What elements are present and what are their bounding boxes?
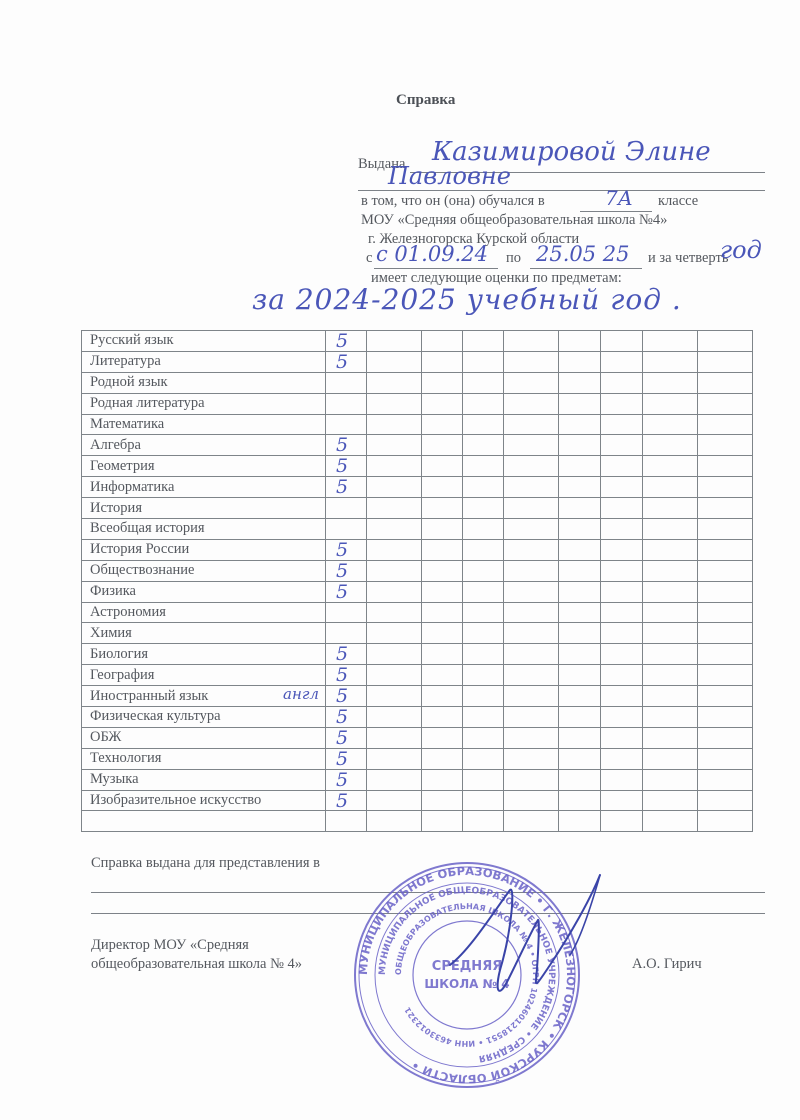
grade-cell: 5 (326, 456, 367, 477)
subject-name: Биология (82, 644, 326, 665)
empty-cell (601, 707, 643, 728)
empty-cell (463, 686, 504, 707)
subject-name: Информатика (82, 477, 326, 498)
empty-cell (559, 372, 601, 393)
empty-cell (698, 519, 753, 540)
empty-cell (367, 790, 422, 811)
director-name: А.О. Гирич (632, 956, 702, 973)
empty-cell (422, 707, 463, 728)
empty-cell (422, 560, 463, 581)
empty-cell (367, 519, 422, 540)
empty-cell (422, 331, 463, 352)
empty-cell (698, 539, 753, 560)
empty-cell (422, 477, 463, 498)
table-row: Астрономия (82, 602, 753, 623)
from-date: с 01.09.24 (376, 242, 488, 266)
subject-name: ОБЖ (82, 727, 326, 748)
empty-cell (504, 748, 559, 769)
empty-cell (698, 707, 753, 728)
empty-cell (698, 331, 753, 352)
school-line: МОУ «Средняя общеобразовательная школа №… (361, 212, 667, 229)
empty-cell (559, 665, 601, 686)
empty-cell (463, 456, 504, 477)
empty-cell (601, 727, 643, 748)
director-signature-icon (440, 870, 620, 1050)
empty-cell (504, 393, 559, 414)
empty-cell (422, 539, 463, 560)
empty-cell (463, 498, 504, 519)
empty-cell (422, 414, 463, 435)
empty-cell (698, 560, 753, 581)
grade-cell: 5 (326, 560, 367, 581)
empty-cell (504, 707, 559, 728)
empty-cell (643, 769, 698, 790)
empty-cell (601, 456, 643, 477)
empty-cell (422, 811, 463, 832)
subject-name: Русский язык (82, 331, 326, 352)
empty-cell (698, 769, 753, 790)
empty-cell (463, 519, 504, 540)
empty-cell (367, 414, 422, 435)
empty-cell (504, 811, 559, 832)
empty-cell (601, 665, 643, 686)
table-row: Изобразительное искусство5 (82, 790, 753, 811)
empty-cell (559, 602, 601, 623)
empty-cell (504, 435, 559, 456)
empty-cell (601, 539, 643, 560)
empty-cell (504, 414, 559, 435)
empty-cell (463, 790, 504, 811)
table-row: Химия (82, 623, 753, 644)
table-row: Музыка5 (82, 769, 753, 790)
empty-cell (643, 331, 698, 352)
empty-cell (367, 665, 422, 686)
empty-cell (504, 644, 559, 665)
empty-cell (559, 707, 601, 728)
subject-name: История (82, 498, 326, 519)
subject-name: Родной язык (82, 372, 326, 393)
empty-cell (643, 581, 698, 602)
empty-cell (463, 602, 504, 623)
subject-name: Физическая культура (82, 707, 326, 728)
empty-cell (698, 644, 753, 665)
empty-cell (367, 498, 422, 519)
grade-cell (326, 623, 367, 644)
empty-cell (559, 790, 601, 811)
empty-cell (601, 435, 643, 456)
empty-cell (601, 811, 643, 832)
empty-cell (422, 372, 463, 393)
empty-cell (643, 560, 698, 581)
empty-cell (643, 811, 698, 832)
empty-cell (463, 727, 504, 748)
empty-cell (422, 393, 463, 414)
grade-cell (326, 519, 367, 540)
table-row: География5 (82, 665, 753, 686)
empty-cell (643, 602, 698, 623)
empty-cell (367, 372, 422, 393)
empty-cell (643, 519, 698, 540)
empty-cell (504, 727, 559, 748)
quarter-value: год (720, 236, 762, 264)
empty-cell (643, 748, 698, 769)
empty-cell (601, 769, 643, 790)
grade-cell: 5 (326, 351, 367, 372)
empty-cell (643, 707, 698, 728)
empty-cell (559, 435, 601, 456)
empty-cell (422, 498, 463, 519)
from-underline (374, 268, 498, 269)
empty-cell (422, 519, 463, 540)
empty-cell (367, 707, 422, 728)
grade-cell: 5 (326, 707, 367, 728)
empty-cell (422, 644, 463, 665)
empty-cell (367, 602, 422, 623)
empty-cell (698, 456, 753, 477)
empty-cell (559, 769, 601, 790)
empty-cell (504, 498, 559, 519)
empty-cell (643, 665, 698, 686)
empty-cell (504, 372, 559, 393)
empty-cell (367, 623, 422, 644)
issued-to-patronymic: Павловне (388, 162, 511, 190)
empty-cell (601, 331, 643, 352)
table-row: Информатика5 (82, 477, 753, 498)
empty-cell (601, 477, 643, 498)
grade-cell: 5 (326, 748, 367, 769)
grade-cell: 5 (326, 727, 367, 748)
subject-name: Химия (82, 623, 326, 644)
empty-cell (601, 372, 643, 393)
grade-cell: 5 (326, 769, 367, 790)
grade-cell (326, 602, 367, 623)
empty-cell (367, 393, 422, 414)
empty-cell (367, 748, 422, 769)
subject-name: Музыка (82, 769, 326, 790)
to-underline (530, 268, 642, 269)
grade-cell: 5 (326, 686, 367, 707)
empty-cell (643, 456, 698, 477)
empty-cell (463, 623, 504, 644)
document-title: Справка (396, 92, 455, 109)
empty-cell (643, 686, 698, 707)
empty-cell (643, 790, 698, 811)
grade-cell: 5 (326, 665, 367, 686)
empty-cell (367, 686, 422, 707)
director-title-line1: Директор МОУ «Средняя (91, 937, 249, 954)
grade-cell (326, 372, 367, 393)
grade-cell: 5 (326, 539, 367, 560)
studied-prefix: в том, что он (она) обучался в (361, 193, 545, 210)
empty-cell (367, 769, 422, 790)
empty-cell (504, 477, 559, 498)
empty-cell (367, 581, 422, 602)
empty-cell (367, 560, 422, 581)
grade-cell: 5 (326, 581, 367, 602)
empty-cell (698, 748, 753, 769)
empty-cell (422, 686, 463, 707)
empty-cell (422, 602, 463, 623)
empty-cell (559, 477, 601, 498)
empty-cell (367, 477, 422, 498)
empty-cell (504, 623, 559, 644)
empty-cell (559, 498, 601, 519)
empty-cell (698, 372, 753, 393)
table-row: История России5 (82, 539, 753, 560)
empty-cell (643, 372, 698, 393)
empty-cell (504, 560, 559, 581)
empty-cell (559, 393, 601, 414)
empty-cell (559, 727, 601, 748)
subject-name: Физика (82, 581, 326, 602)
class-value: 7А (605, 186, 633, 210)
empty-cell (422, 727, 463, 748)
empty-cell (601, 519, 643, 540)
empty-cell (601, 623, 643, 644)
empty-cell (504, 581, 559, 602)
empty-cell (504, 351, 559, 372)
empty-cell (504, 769, 559, 790)
empty-cell (559, 351, 601, 372)
empty-cell (422, 456, 463, 477)
subject-name: Астрономия (82, 602, 326, 623)
empty-cell (463, 644, 504, 665)
empty-cell (463, 560, 504, 581)
empty-cell (698, 811, 753, 832)
empty-cell (643, 393, 698, 414)
table-row: Родная литература (82, 393, 753, 414)
empty-cell (463, 748, 504, 769)
empty-cell (367, 727, 422, 748)
table-row: Иностранный языкангл5 (82, 686, 753, 707)
empty-cell (463, 581, 504, 602)
empty-cell (643, 644, 698, 665)
empty-cell (463, 769, 504, 790)
empty-cell (504, 686, 559, 707)
empty-cell (643, 351, 698, 372)
empty-cell (601, 748, 643, 769)
subject-name: География (82, 665, 326, 686)
empty-cell (504, 602, 559, 623)
subject-name: Математика (82, 414, 326, 435)
empty-cell (463, 707, 504, 728)
name-underline-2 (358, 190, 765, 191)
empty-cell (559, 414, 601, 435)
presented-to-label: Справка выдана для представления в (91, 855, 320, 872)
empty-cell (698, 686, 753, 707)
table-row: Математика (82, 414, 753, 435)
empty-cell (698, 727, 753, 748)
subject-name: Всеобщая история (82, 519, 326, 540)
table-row: Физика5 (82, 581, 753, 602)
empty-cell (463, 477, 504, 498)
empty-cell (559, 748, 601, 769)
subject-name: Литература (82, 351, 326, 372)
empty-cell (698, 477, 753, 498)
empty-cell (422, 351, 463, 372)
table-row: Физическая культура5 (82, 707, 753, 728)
subject-name: История России (82, 539, 326, 560)
empty-cell (601, 414, 643, 435)
table-row: Биология5 (82, 644, 753, 665)
empty-cell (504, 665, 559, 686)
empty-cell (601, 644, 643, 665)
empty-cell (367, 351, 422, 372)
empty-cell (559, 560, 601, 581)
empty-cell (643, 498, 698, 519)
quarter-label: и за четверть (648, 250, 728, 267)
empty-cell (463, 539, 504, 560)
subject-name: Алгебра (82, 435, 326, 456)
empty-cell (463, 414, 504, 435)
from-label: с (366, 250, 372, 267)
empty-cell (559, 456, 601, 477)
empty-cell (367, 539, 422, 560)
empty-cell (422, 665, 463, 686)
table-row: История (82, 498, 753, 519)
subject-name (82, 811, 326, 832)
empty-cell (367, 331, 422, 352)
empty-cell (463, 351, 504, 372)
empty-cell (643, 435, 698, 456)
grade-cell: 5 (326, 435, 367, 456)
empty-cell (601, 581, 643, 602)
grade-cell: 5 (326, 644, 367, 665)
empty-cell (601, 393, 643, 414)
empty-cell (559, 686, 601, 707)
grade-cell: 5 (326, 790, 367, 811)
empty-cell (422, 748, 463, 769)
table-row: Литература5 (82, 351, 753, 372)
empty-cell (463, 331, 504, 352)
empty-cell (559, 811, 601, 832)
table-row: Всеобщая история (82, 519, 753, 540)
empty-cell (643, 414, 698, 435)
empty-cell (698, 393, 753, 414)
empty-cell (463, 435, 504, 456)
empty-cell (422, 790, 463, 811)
empty-cell (559, 623, 601, 644)
to-date: 25.05 25 (536, 242, 630, 266)
empty-cell (367, 456, 422, 477)
empty-cell (559, 644, 601, 665)
empty-cell (698, 435, 753, 456)
empty-cell (463, 811, 504, 832)
empty-cell (643, 477, 698, 498)
grade-cell (326, 811, 367, 832)
empty-cell (504, 456, 559, 477)
empty-cell (367, 435, 422, 456)
subject-name: Родная литература (82, 393, 326, 414)
empty-cell (367, 811, 422, 832)
empty-cell (422, 623, 463, 644)
table-row: Русский язык5 (82, 331, 753, 352)
empty-cell (559, 519, 601, 540)
empty-cell (367, 644, 422, 665)
empty-cell (698, 351, 753, 372)
table-row: Обществознание5 (82, 560, 753, 581)
empty-cell (504, 790, 559, 811)
table-row: Технология5 (82, 748, 753, 769)
grade-cell (326, 498, 367, 519)
empty-cell (698, 414, 753, 435)
table-row (82, 811, 753, 832)
empty-cell (559, 331, 601, 352)
period-note: за 2024-2025 учебный год . (252, 283, 682, 316)
empty-cell (698, 790, 753, 811)
empty-cell (463, 393, 504, 414)
studied-suffix: классе (658, 193, 698, 210)
empty-cell (559, 539, 601, 560)
empty-cell (504, 331, 559, 352)
table-row: Алгебра5 (82, 435, 753, 456)
subject-name: Изобразительное искусство (82, 790, 326, 811)
empty-cell (601, 498, 643, 519)
grade-cell: 5 (326, 477, 367, 498)
empty-cell (698, 581, 753, 602)
empty-cell (698, 602, 753, 623)
grade-cell (326, 414, 367, 435)
subject-note: англ (283, 685, 319, 704)
grade-cell (326, 393, 367, 414)
empty-cell (504, 519, 559, 540)
empty-cell (601, 351, 643, 372)
subject-name: Обществознание (82, 560, 326, 581)
table-row: Геометрия5 (82, 456, 753, 477)
empty-cell (698, 623, 753, 644)
empty-cell (463, 372, 504, 393)
subject-name: Иностранный языкангл (82, 686, 326, 707)
empty-cell (698, 498, 753, 519)
empty-cell (601, 686, 643, 707)
table-row: Родной язык (82, 372, 753, 393)
table-row: ОБЖ5 (82, 727, 753, 748)
empty-cell (601, 560, 643, 581)
empty-cell (422, 435, 463, 456)
empty-cell (601, 790, 643, 811)
subject-name: Геометрия (82, 456, 326, 477)
grade-cell: 5 (326, 331, 367, 352)
grades-table: Русский язык5Литература5Родной языкРодна… (81, 330, 753, 832)
empty-cell (643, 539, 698, 560)
empty-cell (698, 665, 753, 686)
empty-cell (601, 602, 643, 623)
empty-cell (463, 665, 504, 686)
subject-name: Технология (82, 748, 326, 769)
empty-cell (643, 623, 698, 644)
empty-cell (422, 769, 463, 790)
empty-cell (643, 727, 698, 748)
director-title-line2: общеобразовательная школа № 4» (91, 956, 302, 973)
empty-cell (559, 581, 601, 602)
empty-cell (422, 581, 463, 602)
to-label: по (506, 250, 521, 267)
empty-cell (504, 539, 559, 560)
